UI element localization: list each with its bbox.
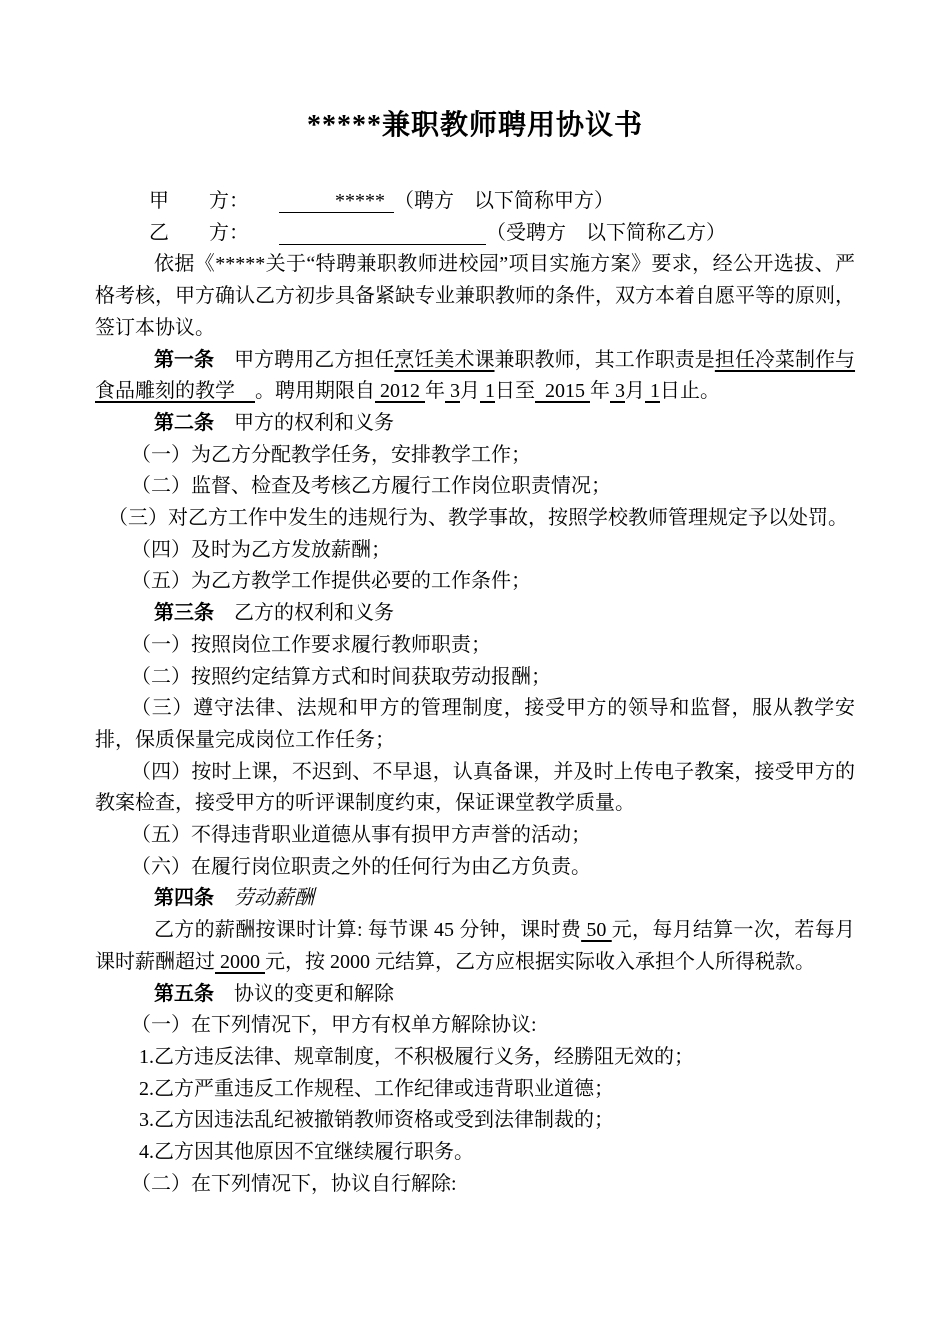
clause-2-item-5: （五）为乙方教学工作提供必要的工作条件； <box>95 566 855 598</box>
clause-3-item-4: （四）按时上课，不迟到、不早退，认真备课，并及时上传电子教案，接受甲方的教案检查… <box>95 757 855 820</box>
text-run: 1 <box>645 380 660 402</box>
text-run: （四）按时上课，不迟到、不早退，认真备课，并及时上传电子教案，接受甲方的教案检查… <box>95 761 855 815</box>
text-run: 乙 方： <box>149 222 279 244</box>
clause-2-item-2: （二）监督、检查及考核乙方履行工作岗位职责情况； <box>95 471 855 503</box>
text-run: 月 <box>625 380 645 402</box>
text-run: （三）对乙方工作中发生的违规行为、教学事故，按照学校教师管理规定予以处罚。 <box>108 507 848 529</box>
text-run: 乙方的薪酬按课时计算: 每节课 45 分钟，课时费 <box>154 919 581 941</box>
clause-3-heading: 第三条 乙方的权利和义务 <box>95 598 855 630</box>
party-b-line: 乙 方： （受聘方 以下简称乙方） <box>95 218 855 250</box>
text-run: 。聘用期限自 <box>255 380 375 402</box>
clause-4-body: 乙方的薪酬按课时计算: 每节课 45 分钟，课时费 50 元，每月结算一次，若每… <box>95 915 855 978</box>
clause-5-item-1: （一）在下列情况下，甲方有权单方解除协议: <box>95 1010 855 1042</box>
clause-3-item-6: （六）在履行岗位职责之外的任何行为由乙方负责。 <box>95 852 855 884</box>
text-run: 2015 <box>535 380 590 402</box>
text-run: 1.乙方违反法律、规章制度，不积极履行义务，经勝阻无效的； <box>139 1046 694 1068</box>
text-run: （聘方 以下简称甲方） <box>394 190 614 212</box>
text-run: （五）为乙方教学工作提供必要的工作条件； <box>131 570 531 592</box>
text-run: 协议的变更和解除 <box>214 983 394 1005</box>
text-run: 3 <box>610 380 625 402</box>
text-run: 2012 <box>375 380 425 402</box>
text-run: 依据《*****关于“特聘兼职教师进校园”项目实施方案》要求，经公开选拔、严格考… <box>95 253 855 338</box>
clause-5-sub-3: 3.乙方因违法乱纪被撤销教师资格或受到法律制裁的； <box>95 1105 855 1137</box>
text-run: 第三条 <box>154 602 214 624</box>
text-run: 乙方的权利和义务 <box>214 602 394 624</box>
text-run: 甲方聘用乙方担任 <box>214 349 394 371</box>
clause-2-item-3: （三）对乙方工作中发生的违规行为、教学事故，按照学校教师管理规定予以处罚。 <box>95 503 855 535</box>
clause-3-item-5: （五）不得违背职业道德从事有损甲方声誉的活动； <box>95 820 855 852</box>
text-run: 第一条 <box>154 349 214 371</box>
text-run: （五）不得违背职业道德从事有损甲方声誉的活动； <box>131 824 591 846</box>
blank-field: ***** <box>279 190 394 213</box>
clause-5-sub-4: 4.乙方因其他原因不宜继续履行职务。 <box>95 1137 855 1169</box>
text-run: 4.乙方因其他原因不宜继续履行职务。 <box>139 1141 474 1163</box>
text-run: 第四条 <box>154 887 214 909</box>
document-content: *****兼职教师聘用协议书 甲 方： *****（聘方 以下简称甲方）乙 方：… <box>95 0 855 1201</box>
text-run: 元，按 2000 元结算，乙方应根据实际收入承担个人所得税款。 <box>265 951 815 973</box>
clause-3-item-3: （三）遵守法律、法规和甲方的管理制度，接受甲方的领导和监督，服从教学安排，保质保… <box>95 693 855 756</box>
clause-5-item-2: （二）在下列情况下，协议自行解除: <box>95 1169 855 1201</box>
text-run: （一）按照岗位工作要求履行教师职责； <box>131 634 491 656</box>
clause-5-sub-1: 1.乙方违反法律、规章制度，不积极履行义务，经勝阻无效的； <box>95 1042 855 1074</box>
text-run: 年 <box>590 380 610 402</box>
text-run: （二）按照约定结算方式和时间获取劳动报酬； <box>131 666 551 688</box>
text-run: 3 <box>445 380 460 402</box>
text-run: 烹饪美术课 <box>394 349 494 371</box>
text-run: （二）监督、检查及考核乙方履行工作岗位职责情况； <box>131 475 611 497</box>
text-run: （一）为乙方分配教学任务，安排教学工作； <box>131 444 531 466</box>
text-run: 第五条 <box>154 983 214 1005</box>
party-a-line: 甲 方： *****（聘方 以下简称甲方） <box>95 186 855 218</box>
clause-1: 第一条 甲方聘用乙方担任烹饪美术课兼职教师，其工作职责是担任冷菜制作与食品雕刻的… <box>95 345 855 408</box>
text-run: 甲 方： <box>149 190 279 212</box>
clause-2-item-4: （四）及时为乙方发放薪酬； <box>95 535 855 567</box>
document-page: *****兼职教师聘用协议书 甲 方： *****（聘方 以下简称甲方）乙 方：… <box>0 0 950 1344</box>
text-run: 1 <box>480 380 495 402</box>
clause-2-item-1: （一）为乙方分配教学任务，安排教学工作； <box>95 440 855 472</box>
document-body: 甲 方： *****（聘方 以下简称甲方）乙 方： （受聘方 以下简称乙方）依据… <box>95 186 855 1201</box>
text-run: （六）在履行岗位职责之外的任何行为由乙方负责。 <box>131 856 591 878</box>
clause-3-item-1: （一）按照岗位工作要求履行教师职责； <box>95 630 855 662</box>
text-run: 劳动薪酬 <box>234 887 314 909</box>
text-run: 月 <box>460 380 480 402</box>
text-run: 兼职教师，其工作职责是 <box>495 349 715 371</box>
text-run: （三）遵守法律、法规和甲方的管理制度，接受甲方的领导和监督，服从教学安排，保质保… <box>95 697 855 751</box>
text-run <box>214 887 234 909</box>
text-run: 年 <box>425 380 445 402</box>
document-title: *****兼职教师聘用协议书 <box>95 106 855 146</box>
text-run: （二）在下列情况下，协议自行解除: <box>131 1173 457 1195</box>
clause-5-sub-2: 2.乙方严重违反工作规程、工作纪律或违背职业道德； <box>95 1074 855 1106</box>
clause-3-item-2: （二）按照约定结算方式和时间获取劳动报酬； <box>95 662 855 694</box>
text-run: 3.乙方因违法乱纪被撤销教师资格或受到法律制裁的； <box>139 1109 614 1131</box>
preamble: 依据《*****关于“特聘兼职教师进校园”项目实施方案》要求，经公开选拔、严格考… <box>95 249 855 344</box>
blank-field <box>279 222 486 245</box>
text-run: 2000 <box>215 951 265 973</box>
text-run: 50 <box>581 919 612 941</box>
text-run: 第二条 <box>154 412 214 434</box>
clause-4-heading: 第四条 劳动薪酬 <box>95 883 855 915</box>
text-run: （受聘方 以下简称乙方） <box>486 222 726 244</box>
text-run: 日至 <box>495 380 535 402</box>
text-run: 2.乙方严重违反工作规程、工作纪律或违背职业道德； <box>139 1078 614 1100</box>
text-run: （四）及时为乙方发放薪酬； <box>131 539 391 561</box>
clause-2-heading: 第二条 甲方的权利和义务 <box>95 408 855 440</box>
text-run: 甲方的权利和义务 <box>214 412 394 434</box>
clause-5-heading: 第五条 协议的变更和解除 <box>95 979 855 1011</box>
text-run: 日止。 <box>660 380 720 402</box>
text-run: （一）在下列情况下，甲方有权单方解除协议: <box>131 1014 537 1036</box>
